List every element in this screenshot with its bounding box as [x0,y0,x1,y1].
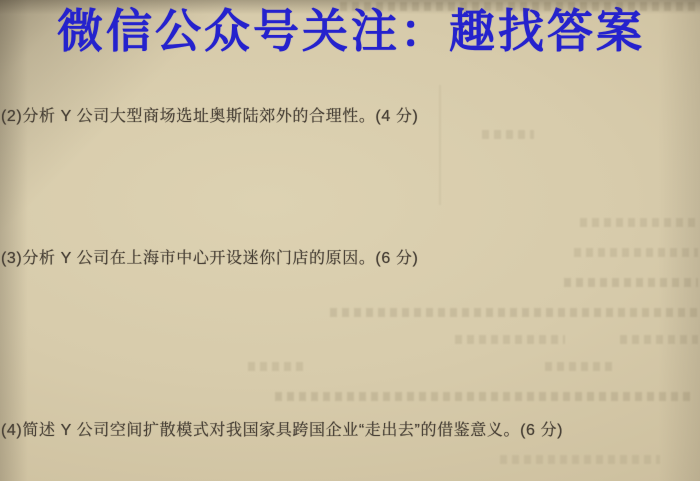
bleedthrough-ghost [564,278,698,287]
bleedthrough-ghost [330,308,698,317]
bleedthrough-ghost [620,335,698,344]
bleedthrough-ghost [580,218,698,227]
bleedthrough-ghost [574,248,698,257]
scanned-exam-page: 微信公众号关注：趣找答案 (2)分析 Y 公司大型商场选址奥斯陆郊外的合理性。(… [0,0,700,481]
bleedthrough-ghost [275,392,695,401]
bleedthrough-ghost [482,130,534,139]
bleedthrough-ghost [455,335,565,344]
watermark-header: 微信公众号关注：趣找答案 [57,5,645,58]
question-2: (2)分析 Y 公司大型商场选址奥斯陆郊外的合理性。(4 分) [1,107,418,128]
bleedthrough-ghost [500,455,660,464]
bleedthrough-table-line [439,85,441,205]
question-4: (4)简述 Y 公司空间扩散模式对我国家具跨国企业“走出去”的借鉴意义。(6 分… [1,421,563,442]
bleedthrough-ghost [248,362,304,371]
question-3: (3)分析 Y 公司在上海市中心开设迷你门店的原因。(6 分) [1,249,418,270]
bleedthrough-ghost [545,362,615,371]
